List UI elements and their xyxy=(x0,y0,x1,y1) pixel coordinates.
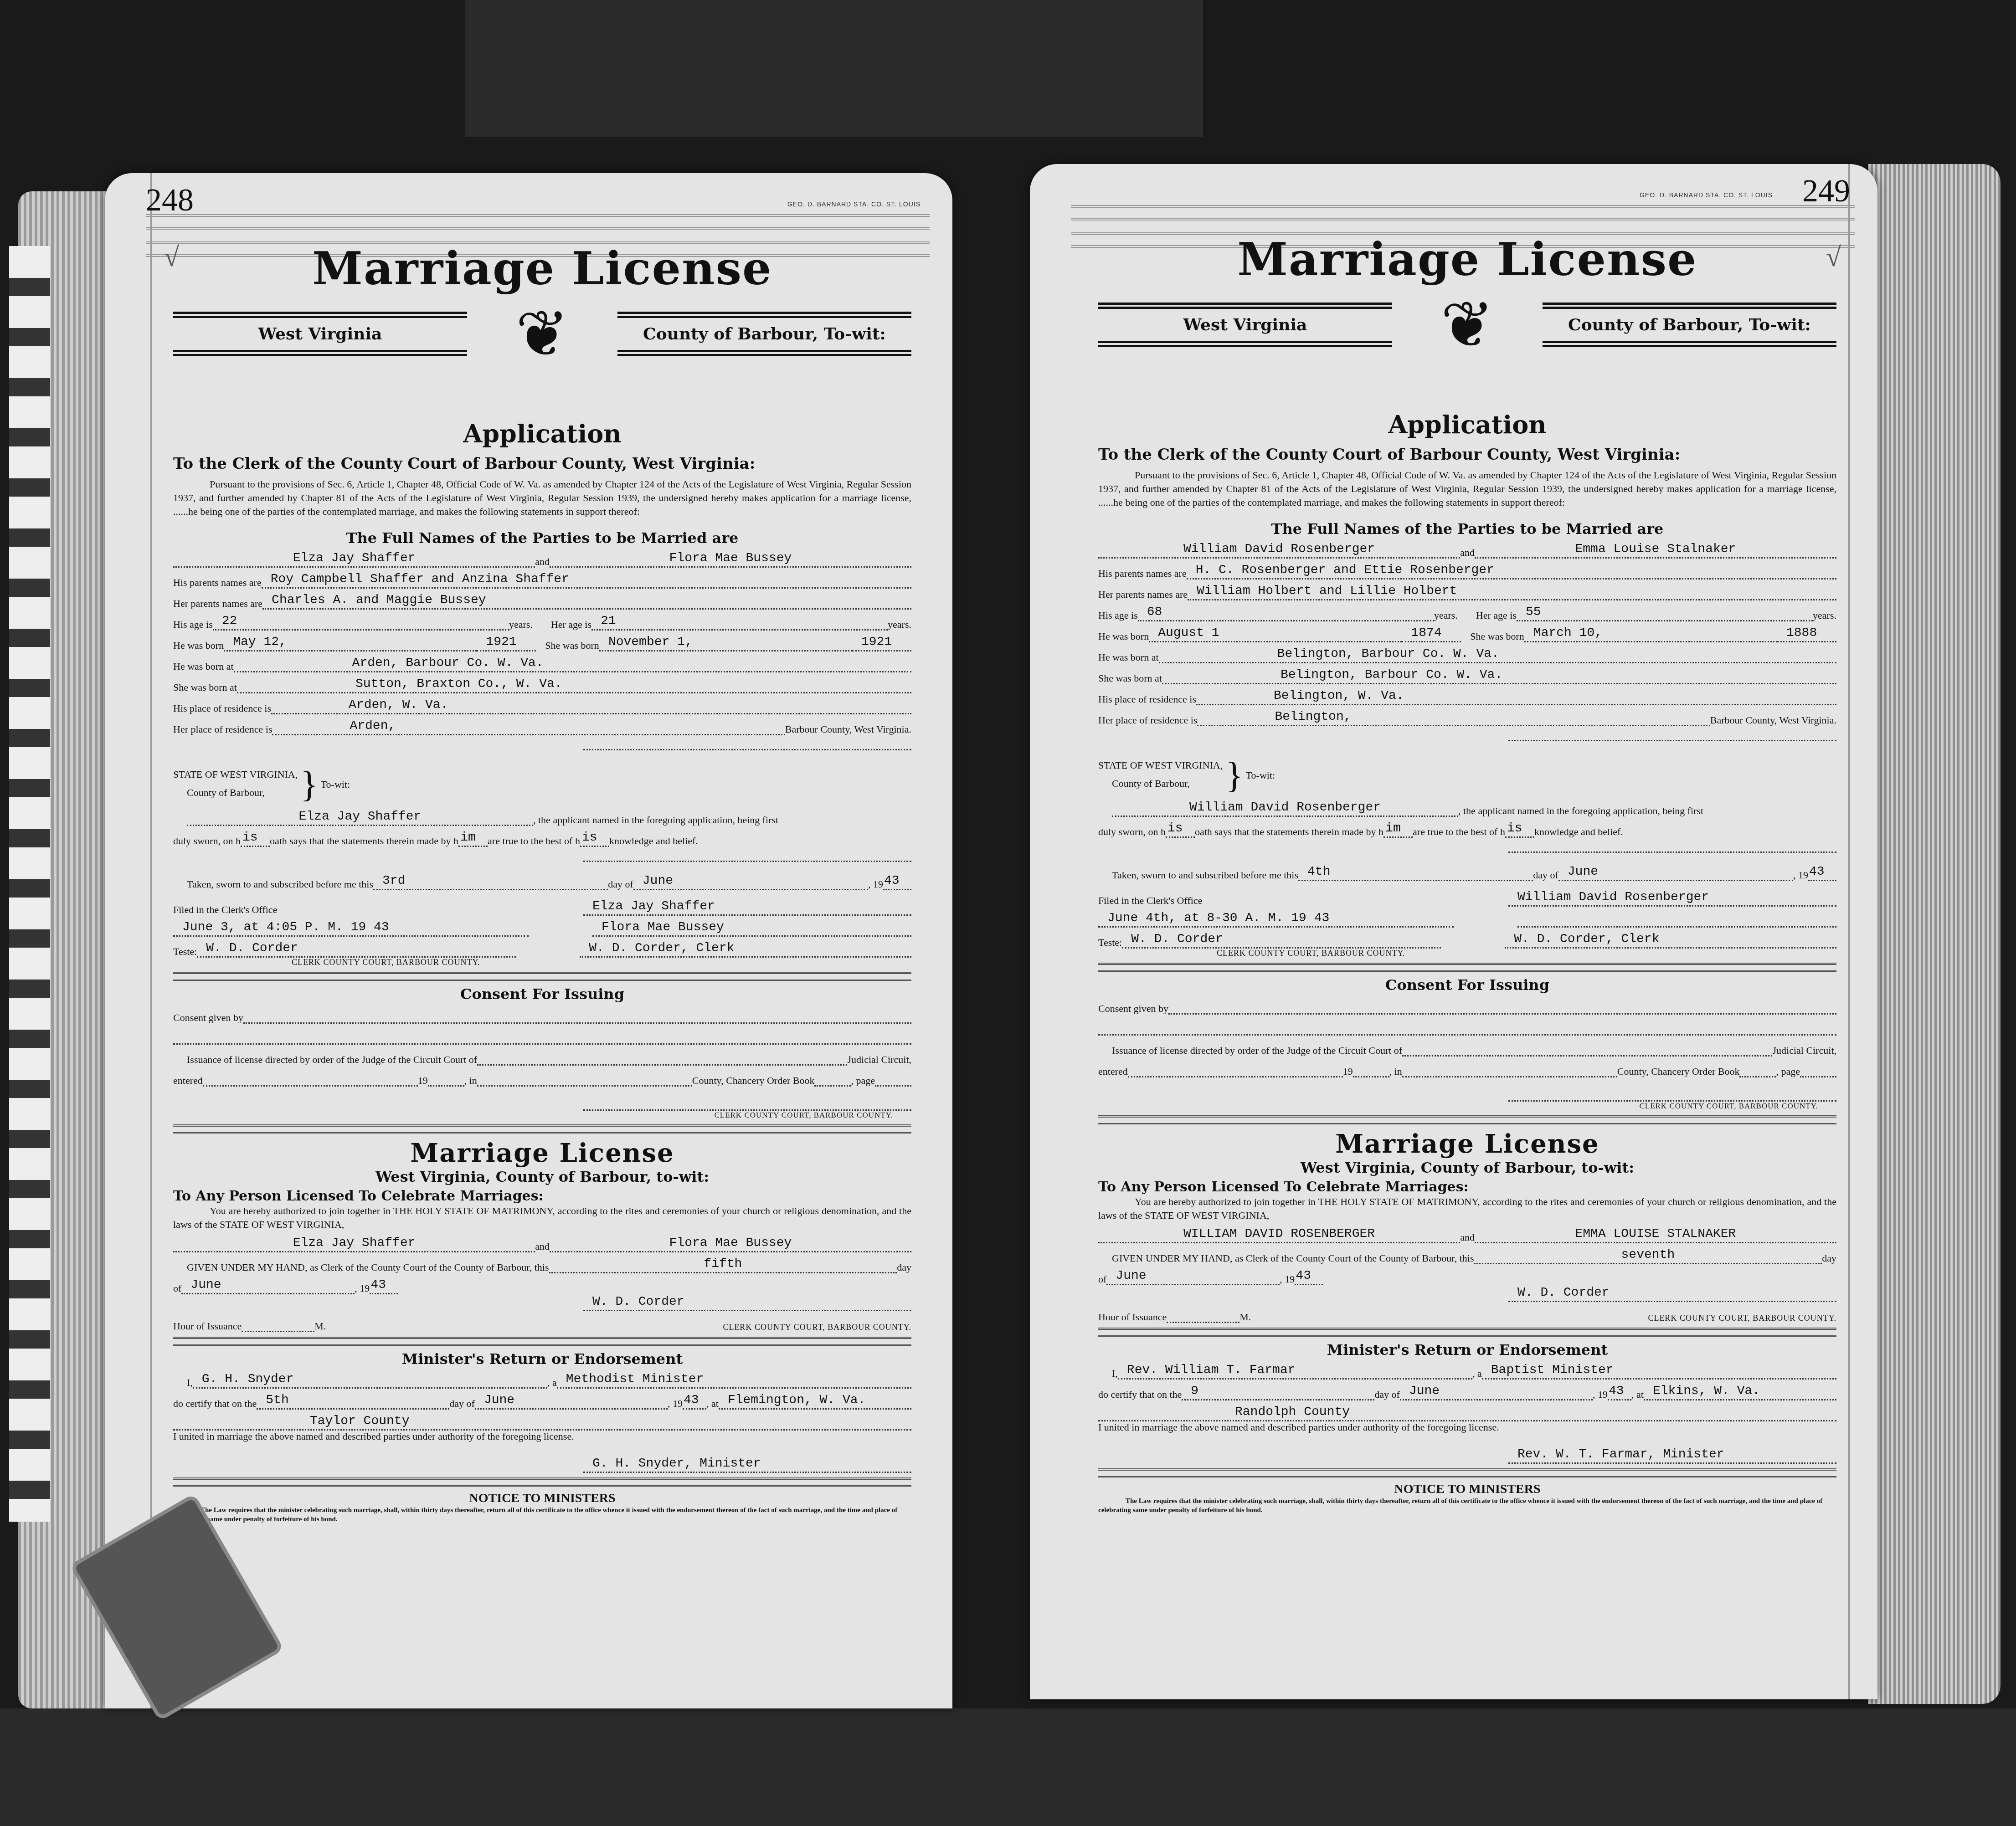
filed-label: Filed in the Clerk's Office xyxy=(173,904,583,916)
state-of-label: STATE OF WEST VIRGINIA, xyxy=(173,769,298,780)
notice-text: The Law requires that the minister celeb… xyxy=(173,1506,911,1524)
entered-county xyxy=(1402,1076,1617,1077)
oath-text: are true to the best of h xyxy=(488,835,580,847)
license-bride: Flora Mae Bussey xyxy=(550,1236,911,1252)
consent-given-value xyxy=(1168,1013,1836,1015)
bride-name: Flora Mae Bussey xyxy=(550,551,911,568)
section-divider xyxy=(1098,1328,1836,1337)
she-born-at-label: She was born at xyxy=(173,682,237,693)
applicant-text: , the applicant named in the foregoing a… xyxy=(1458,805,1703,817)
circuit-court-value xyxy=(477,1064,847,1066)
notice-text: The Law requires that the minister celeb… xyxy=(1098,1497,1836,1515)
consent-heading: Consent For Issuing xyxy=(1098,976,1836,994)
nineteen-label: , 19 xyxy=(868,878,883,890)
residence-suffix: Barbour County, West Virginia. xyxy=(785,723,911,735)
i-label: I, xyxy=(1112,1368,1118,1380)
his-age-value: 68 xyxy=(1138,605,1434,621)
he-born-at-label: He was born at xyxy=(1098,651,1159,663)
statute-paragraph: Pursuant to the provisions of Sec. 6, Ar… xyxy=(173,477,911,518)
minister-denomination: Methodist Minister xyxy=(557,1372,911,1389)
at-label: , at xyxy=(1631,1389,1644,1400)
oath-text: duly sworn, on h xyxy=(1098,826,1166,838)
background-floor xyxy=(0,1708,2016,1826)
applicant-name: William David Rosenberger xyxy=(1112,800,1458,817)
united-statement: I united in marriage the above named and… xyxy=(1098,1421,1836,1433)
printer-mark: GEO. D. BARNARD STA. CO. ST. LOUIS xyxy=(787,200,921,208)
application-heading: Application xyxy=(173,419,911,448)
her-parents-value: Charles A. and Maggie Bussey xyxy=(262,593,911,610)
state-band: West Virginia xyxy=(1098,303,1392,347)
state-of-label: STATE OF WEST VIRGINIA, xyxy=(1098,759,1223,771)
clerk-signature: W. D. Corder, Clerk xyxy=(580,941,911,958)
state-county-block: STATE OF WEST VIRGINIA,County of Barbour… xyxy=(1098,759,1836,791)
oath-his: is xyxy=(241,830,270,847)
parties-row: Elza Jay Shaffer and Flora Mae Bussey xyxy=(173,547,911,568)
she-born-at-value: Sutton, Braxton Co., W. Va. xyxy=(237,677,911,693)
nineteen-label: , 19 xyxy=(1280,1273,1295,1285)
sworn-day: 3rd xyxy=(373,873,608,890)
she-born-at-value: Belington, Barbour Co. W. Va. xyxy=(1162,667,1836,684)
nineteen-label: , 19 xyxy=(355,1282,370,1294)
entered-in-label: , in xyxy=(464,1075,477,1087)
chancery-page xyxy=(1800,1076,1836,1077)
oath-text: oath says that the statements therein ma… xyxy=(270,835,458,847)
minister-denomination: Baptist Minister xyxy=(1482,1363,1836,1380)
entered-county xyxy=(477,1085,692,1087)
he-born-date: May 12, xyxy=(224,635,477,651)
consent-given-label: Consent given by xyxy=(173,1012,243,1024)
oath-text: knowledge and belief. xyxy=(1534,826,1623,838)
license-subheading: West Virginia, County of Barbour, to-wit… xyxy=(173,1168,911,1185)
he-born-year: 1874 xyxy=(1402,626,1461,642)
consent-heading: Consent For Issuing xyxy=(173,985,911,1003)
cert-month: June xyxy=(475,1393,668,1410)
m-label: M. xyxy=(314,1320,326,1332)
cherub-ornament-icon: ❦ xyxy=(467,284,617,384)
her-age-value: 55 xyxy=(1517,605,1813,621)
index-tabs xyxy=(9,246,50,1522)
applicant-signature-line xyxy=(1508,740,1836,741)
clerk-caption: CLERK COUNTY COURT, BARBOUR COUNTY. xyxy=(1098,949,1836,958)
i-label: I, xyxy=(187,1377,193,1389)
hour-issuance-value xyxy=(242,1331,314,1332)
applicant-signature-line xyxy=(583,749,911,750)
judicial-circuit-label: Judicial Circuit, xyxy=(847,1054,911,1066)
teste-label: Teste: xyxy=(1098,937,1122,949)
hour-issuance-label: Hour of Issuance xyxy=(1098,1311,1167,1323)
certify-label: do certify that on the xyxy=(1098,1389,1182,1400)
oath-his2: is xyxy=(1505,821,1534,838)
she-born-label: She was born xyxy=(545,640,599,651)
section-divider xyxy=(173,1477,911,1487)
sworn-month: June xyxy=(633,873,868,890)
circuit-court-value xyxy=(1402,1055,1772,1057)
her-age-value: 21 xyxy=(591,614,888,631)
cert-month: June xyxy=(1400,1384,1593,1400)
she-born-date: March 10, xyxy=(1524,626,1777,642)
day-label: day xyxy=(897,1262,911,1273)
oath-text: oath says that the statements therein ma… xyxy=(1195,826,1383,838)
application-heading: Application xyxy=(1098,410,1836,439)
chancery-book xyxy=(814,1085,851,1087)
her-age-label: Her age is xyxy=(1476,610,1517,621)
teste-value: W. D. Corder xyxy=(1122,932,1441,949)
header-banner: West Virginia ❦ County of Barbour, To-wi… xyxy=(173,295,911,373)
license-groom: WILLIAM DAVID ROSENBERGER xyxy=(1098,1226,1460,1243)
nineteen-label: , 19 xyxy=(1793,869,1808,881)
statute-paragraph: Pursuant to the provisions of Sec. 6, Ar… xyxy=(1098,468,1836,509)
full-names-heading: The Full Names of the Parties to be Marr… xyxy=(173,529,911,547)
ledger-page-249: 249 GEO. D. BARNARD STA. CO. ST. LOUIS √… xyxy=(1030,164,1877,1699)
clerk-caption: CLERK COUNTY COURT, BARBOUR COUNTY. xyxy=(173,958,911,967)
given-day: seventh xyxy=(1474,1247,1822,1264)
her-parents-value: William Holbert and Lillie Holbert xyxy=(1188,584,1836,600)
sworn-year: 43 xyxy=(1808,864,1836,881)
license-clerk-signature: W. D. Corder xyxy=(1508,1285,1836,1302)
day-of-label: day of xyxy=(1374,1389,1400,1400)
county-band: County of Barbour, To-wit: xyxy=(617,312,911,356)
applicant-text: , the applicant named in the foregoing a… xyxy=(533,814,778,826)
his-residence-label: His place of residence is xyxy=(1098,693,1196,705)
entered-label: entered xyxy=(1098,1066,1128,1077)
entered-in-label: , in xyxy=(1389,1066,1402,1077)
consent-given-value xyxy=(243,1022,911,1024)
entered-19-label: 19 xyxy=(1343,1066,1353,1077)
he-born-label: He was born xyxy=(1098,631,1149,642)
united-statement: I united in marriage the above named and… xyxy=(173,1431,911,1442)
county-of-label: County of Barbour, xyxy=(1098,778,1223,790)
page-number: 249 xyxy=(1802,173,1850,210)
her-residence-value: Belington, xyxy=(1197,709,1710,726)
clerk-signature: W. D. Corder, Clerk xyxy=(1505,932,1836,949)
his-age-label: His age is xyxy=(173,619,213,631)
section-divider xyxy=(1098,1468,1836,1477)
he-born-at-label: He was born at xyxy=(173,661,234,672)
page-label: , page xyxy=(851,1075,875,1087)
day-label: day xyxy=(1822,1252,1836,1264)
of-label: of xyxy=(173,1282,181,1294)
given-year: 43 xyxy=(370,1277,398,1294)
he-born-year: 1921 xyxy=(477,635,536,651)
m-label: M. xyxy=(1239,1311,1251,1323)
header-banner: West Virginia ❦ County of Barbour, To-wi… xyxy=(1098,286,1836,364)
oath-signature-line xyxy=(583,861,911,862)
bride-name: Emma Louise Stalnaker xyxy=(1475,542,1836,559)
to-clerk-heading: To the Clerk of the County Court of Barb… xyxy=(173,455,911,473)
printer-mark: GEO. D. BARNARD STA. CO. ST. LOUIS xyxy=(1640,191,1773,199)
background-top xyxy=(465,0,1203,137)
hour-issuance-label: Hour of Issuance xyxy=(173,1320,242,1332)
of-label: of xyxy=(1098,1273,1106,1285)
oath-his2: is xyxy=(580,830,609,847)
entered-year xyxy=(428,1085,464,1087)
chancery-book xyxy=(1739,1076,1776,1077)
chancery-label: County, Chancery Order Book xyxy=(1617,1066,1740,1077)
day-of-label: day of xyxy=(608,878,633,890)
her-residence-label: Her place of residence is xyxy=(173,723,272,735)
oath-signature-line xyxy=(1508,851,1836,853)
she-born-year: 1921 xyxy=(852,635,911,651)
header-rule xyxy=(1071,205,1855,221)
oath-text: duly sworn, on h xyxy=(173,835,241,847)
his-parents-label: His parents names are xyxy=(1098,568,1187,580)
minister-heading: Minister's Return or Endorsement xyxy=(1098,1341,1836,1359)
filed-datetime: June 4th, at 8-30 A. M. 19 43 xyxy=(1098,911,1454,928)
his-parents-value: H. C. Rosenberger and Ettie Rosenberger xyxy=(1187,563,1836,580)
cert-county: Randolph County xyxy=(1098,1405,1836,1421)
issuance-directed-label: Issuance of license directed by order of… xyxy=(1112,1045,1402,1057)
state-county-block: STATE OF WEST VIRGINIA,County of Barbour… xyxy=(173,769,911,800)
given-day: fifth xyxy=(549,1257,897,1273)
to-wit-label: To-wit: xyxy=(321,779,350,790)
filed-signature-2 xyxy=(1517,926,1836,928)
section-divider xyxy=(173,1337,911,1346)
taken-sworn-label: Taken, sworn to and subscribed before me… xyxy=(1112,869,1298,881)
section-divider xyxy=(1098,1115,1836,1124)
clerk-caption: CLERK COUNTY COURT, BARBOUR COUNTY. xyxy=(723,1323,911,1332)
his-residence-value: Arden, W. Va. xyxy=(271,698,911,714)
nineteen-label: , 19 xyxy=(1593,1389,1608,1400)
her-residence-label: Her place of residence is xyxy=(1098,714,1197,726)
minister-name: G. H. Snyder xyxy=(193,1372,547,1389)
applicant-name: Elza Jay Shaffer xyxy=(187,809,533,826)
he-born-at-value: Belington, Barbour Co. W. Va. xyxy=(1159,646,1836,663)
license-heading: Marriage License xyxy=(173,1138,911,1168)
day-of-label: day of xyxy=(449,1398,475,1410)
entered-year xyxy=(1353,1076,1389,1077)
and-label: and xyxy=(1460,547,1475,559)
notice-title: NOTICE TO MINISTERS xyxy=(173,1491,911,1506)
cert-year: 43 xyxy=(683,1393,706,1410)
taken-sworn-label: Taken, sworn to and subscribed before me… xyxy=(187,878,373,890)
license-bride: EMMA LOUISE STALNAKER xyxy=(1475,1226,1836,1243)
he-born-label: He was born xyxy=(173,640,224,651)
years-label: years. xyxy=(1813,610,1836,621)
notice-title: NOTICE TO MINISTERS xyxy=(1098,1482,1836,1497)
certify-label: do certify that on the xyxy=(173,1398,257,1410)
issuance-directed-label: Issuance of license directed by order of… xyxy=(187,1054,477,1066)
teste-label: Teste: xyxy=(173,946,197,958)
minister-signature: Rev. W. T. Farmar, Minister xyxy=(1508,1447,1836,1464)
consent-line-2 xyxy=(1098,1034,1836,1036)
license-clerk-signature: W. D. Corder xyxy=(583,1294,911,1311)
sworn-month: June xyxy=(1558,864,1793,881)
ledger-page-248: 248 GEO. D. BARNARD STA. CO. ST. LOUIS √… xyxy=(105,173,952,1708)
sworn-day: 4th xyxy=(1298,864,1533,881)
authorized-paragraph: You are hereby authorized to join togeth… xyxy=(173,1204,911,1231)
he-born-date: August 1 xyxy=(1149,626,1402,642)
oath-his: is xyxy=(1166,821,1195,838)
license-groom: Elza Jay Shaffer xyxy=(173,1236,535,1252)
full-names-heading: The Full Names of the Parties to be Marr… xyxy=(1098,520,1836,538)
chancery-label: County, Chancery Order Book xyxy=(692,1075,815,1087)
teste-value: W. D. Corder xyxy=(197,941,516,958)
cert-place: Flemington, W. Va. xyxy=(719,1393,911,1410)
to-clerk-heading: To the Clerk of the County Court of Barb… xyxy=(1098,446,1836,464)
section-divider xyxy=(1098,963,1836,972)
given-month: June xyxy=(1106,1268,1280,1285)
oath-him: im xyxy=(1383,821,1413,838)
years-label: years. xyxy=(1434,610,1458,621)
state-band: West Virginia xyxy=(173,312,467,356)
minister-name: Rev. William T. Farmar xyxy=(1118,1363,1472,1380)
section-divider xyxy=(173,1124,911,1134)
her-parents-label: Her parents names are xyxy=(1098,589,1188,600)
she-born-year: 1888 xyxy=(1777,626,1836,642)
she-born-label: She was born xyxy=(1470,631,1524,642)
she-born-at-label: She was born at xyxy=(1098,672,1162,684)
county-of-label: County of Barbour, xyxy=(173,787,298,799)
residence-suffix: Barbour County, West Virginia. xyxy=(1710,714,1836,726)
a-label: , a xyxy=(547,1377,557,1389)
page-number: 248 xyxy=(146,182,194,219)
cert-county: Taylor County xyxy=(173,1414,911,1431)
filed-signature-1: William David Rosenberger xyxy=(1508,890,1836,907)
filed-datetime: June 3, at 4:05 P. M. 19 43 xyxy=(173,920,529,937)
nineteen-label: , 19 xyxy=(668,1398,683,1410)
oath-text: are true to the best of h xyxy=(1413,826,1505,838)
clerk-caption: CLERK COUNTY COURT, BARBOUR COUNTY. xyxy=(173,1111,911,1120)
her-residence-value: Arden, xyxy=(272,718,785,735)
filed-signature-2: Flora Mae Bussey xyxy=(592,920,911,937)
he-born-at-value: Arden, Barbour Co. W. Va. xyxy=(234,656,911,672)
entered-19-label: 19 xyxy=(418,1075,428,1087)
to-any-person-heading: To Any Person Licensed To Celebrate Marr… xyxy=(173,1188,911,1204)
authorized-paragraph: You are hereby authorized to join togeth… xyxy=(1098,1195,1836,1222)
book-page-edges-right xyxy=(1868,164,2001,1704)
his-age-value: 22 xyxy=(213,614,509,631)
filed-signature-1: Elza Jay Shaffer xyxy=(583,899,911,916)
license-subheading: West Virginia, County of Barbour, to-wit… xyxy=(1098,1159,1836,1176)
minister-signature: G. H. Snyder, Minister xyxy=(583,1456,911,1473)
day-of-label: day of xyxy=(1533,869,1558,881)
given-year: 43 xyxy=(1295,1268,1323,1285)
entered-value xyxy=(203,1085,418,1087)
license-heading: Marriage License xyxy=(1098,1129,1836,1159)
years-label: years. xyxy=(509,619,533,631)
given-month: June xyxy=(181,1277,355,1294)
oath-text: knowledge and belief. xyxy=(609,835,698,847)
cert-place: Elkins, W. Va. xyxy=(1644,1384,1836,1400)
at-label: , at xyxy=(706,1398,719,1410)
her-parents-label: Her parents names are xyxy=(173,598,262,610)
his-residence-label: His place of residence is xyxy=(173,703,271,714)
chancery-page xyxy=(875,1085,911,1087)
cherub-ornament-icon: ❦ xyxy=(1392,275,1543,375)
consent-given-label: Consent given by xyxy=(1098,1003,1168,1015)
parties-row: William David Rosenberger and Emma Louis… xyxy=(1098,538,1836,559)
entered-label: entered xyxy=(173,1075,203,1087)
his-parents-value: Roy Campbell Shaffer and Anzina Shaffer xyxy=(262,572,911,589)
to-any-person-heading: To Any Person Licensed To Celebrate Marr… xyxy=(1098,1179,1836,1195)
her-age-label: Her age is xyxy=(551,619,591,631)
filed-label: Filed in the Clerk's Office xyxy=(1098,895,1508,907)
his-age-label: His age is xyxy=(1098,610,1138,621)
page-label: , page xyxy=(1776,1066,1800,1077)
his-residence-value: Belington, W. Va. xyxy=(1196,688,1836,705)
his-parents-label: His parents names are xyxy=(173,577,262,589)
given-under-label: GIVEN UNDER MY HAND, as Clerk of the Cou… xyxy=(1112,1252,1474,1264)
she-born-date: November 1, xyxy=(599,635,852,651)
clerk-caption: CLERK COUNTY COURT, BARBOUR COUNTY. xyxy=(1648,1313,1836,1323)
clerk-caption: CLERK COUNTY COURT, BARBOUR COUNTY. xyxy=(1098,1102,1836,1111)
section-divider xyxy=(173,972,911,981)
cert-day: 5th xyxy=(257,1393,449,1410)
cert-day: 9 xyxy=(1182,1384,1374,1400)
minister-heading: Minister's Return or Endorsement xyxy=(173,1350,911,1368)
and-label: and xyxy=(1460,1231,1475,1243)
entered-value xyxy=(1128,1076,1343,1077)
groom-name: Elza Jay Shaffer xyxy=(173,551,535,568)
and-label: and xyxy=(535,556,550,568)
header-rule xyxy=(146,214,930,230)
and-label: and xyxy=(535,1241,550,1252)
judicial-circuit-label: Judicial Circuit, xyxy=(1772,1045,1836,1057)
groom-name: William David Rosenberger xyxy=(1098,542,1460,559)
a-label: , a xyxy=(1472,1368,1482,1380)
county-band: County of Barbour, To-wit: xyxy=(1543,303,1836,347)
given-under-label: GIVEN UNDER MY HAND, as Clerk of the Cou… xyxy=(187,1262,549,1273)
hour-issuance-value xyxy=(1167,1322,1239,1323)
consent-line-2 xyxy=(173,1043,911,1045)
to-wit-label: To-wit: xyxy=(1246,769,1275,781)
years-label: years. xyxy=(888,619,911,631)
cert-year: 43 xyxy=(1608,1384,1631,1400)
oath-him: im xyxy=(458,830,488,847)
sworn-year: 43 xyxy=(883,873,911,890)
